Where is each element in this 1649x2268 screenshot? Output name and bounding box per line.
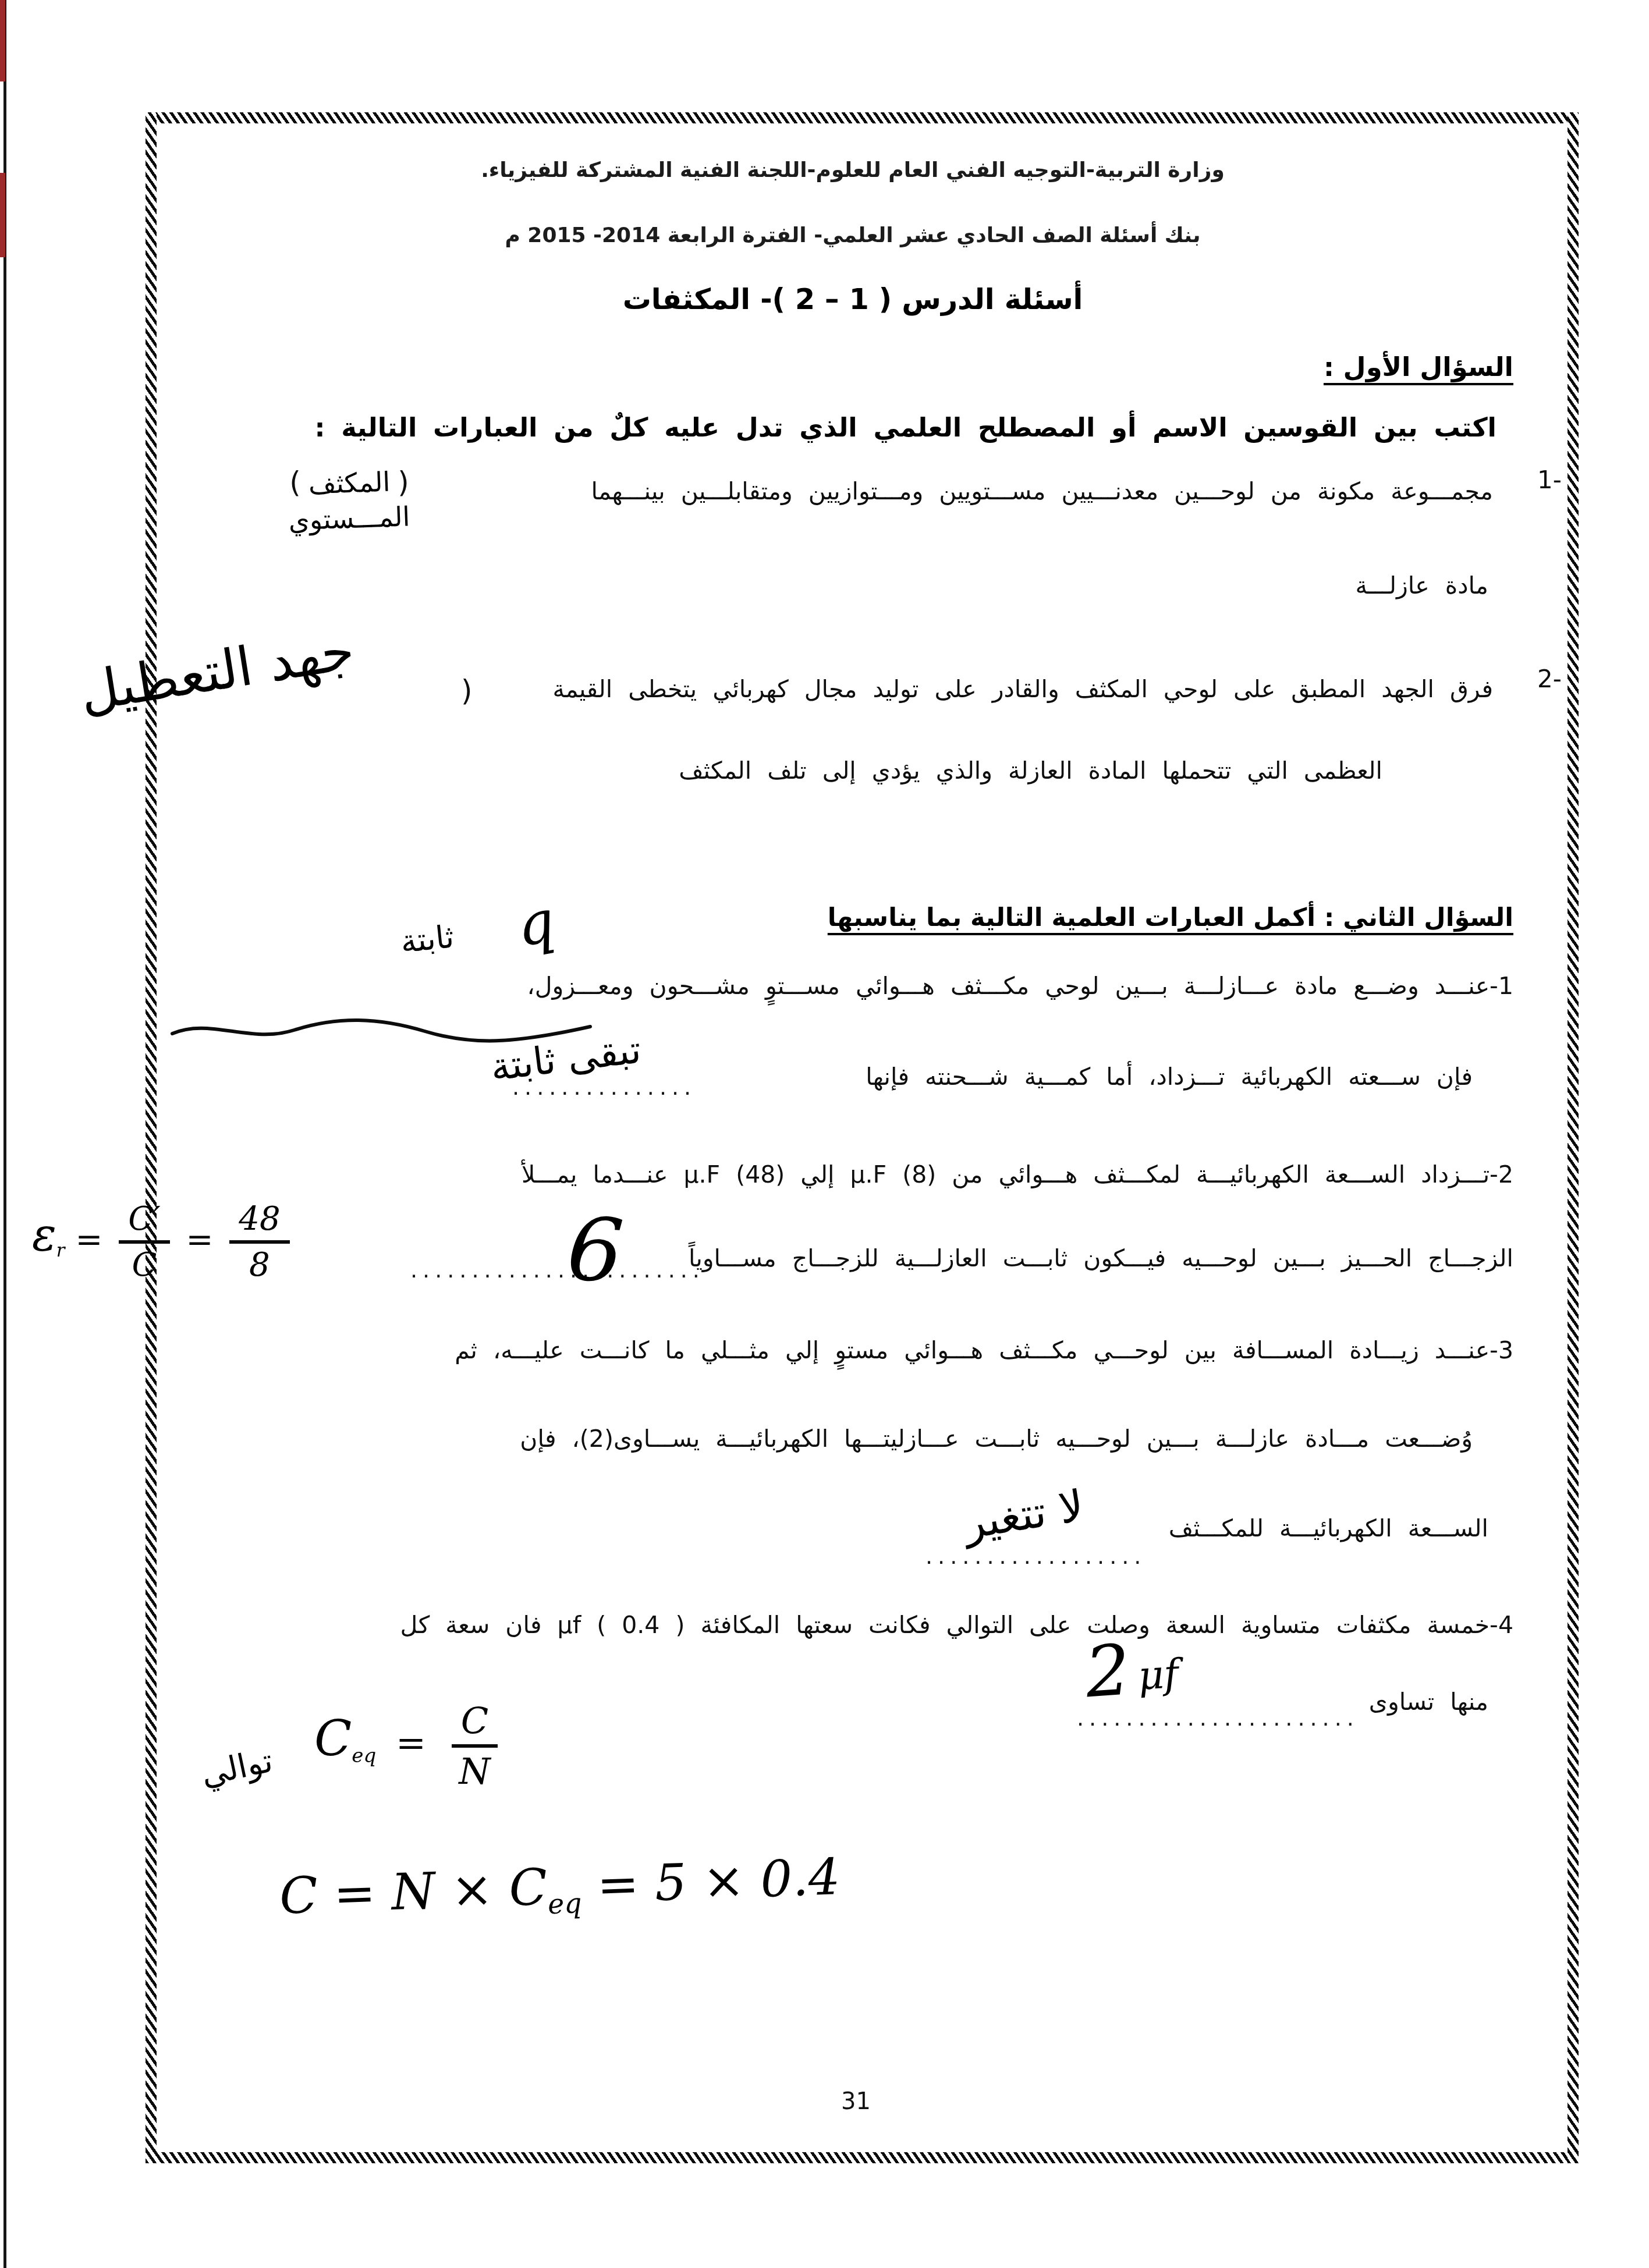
q1-item2-text2: العظمى التي تتحملها المادة العازلة والذي… <box>679 757 1382 785</box>
q2-item3-text2: وُضـــعت مـــادة عازلـــة بـــين لوحـــي… <box>520 1425 1473 1453</box>
open-paren: ( <box>398 466 409 499</box>
q1-item1-answer-word1: المكثف <box>308 466 391 501</box>
q1-item2-text1: فرق الجهد المطبق على لوحي المكثف والقادر… <box>552 675 1493 703</box>
epsilon-symbol: ε <box>32 1209 56 1262</box>
question2-heading: السؤال الثاني : أكمل العبارات العلمية ال… <box>828 903 1513 932</box>
scan-edge-red-mark-top <box>0 0 5 81</box>
series-formula-label: توالي <box>198 1742 276 1794</box>
q2-item2-text2: الزجـــاج الحـــيز بـــين لوحـــيه فيـــ… <box>689 1244 1513 1272</box>
q1-item2-number: -2 <box>1537 665 1562 693</box>
question1-instruction: اكتب بين القوسين الاسم أو المصطلح العلمي… <box>315 412 1497 443</box>
formula-subscript: eq <box>547 1887 582 1921</box>
border-frame-top <box>146 112 1579 123</box>
final-calculation-formula: C = N × Ceq = 5 × 0.4 <box>278 1848 841 1930</box>
q2-item2-dotted-line: ........................ <box>410 1257 705 1283</box>
equals-sign: = <box>186 1221 214 1259</box>
equals-sign: = <box>396 1722 426 1764</box>
header-line2: بنك أسئلة الصف الحادي عشر العلمي- الفترة… <box>466 223 1240 247</box>
q2-item4-handwritten-answer: 2 μf <box>1083 1627 1180 1714</box>
fraction-numerator: 48 <box>229 1200 289 1244</box>
margin-formula-dielectric-constant: εr = C′C = 488 <box>32 1200 296 1284</box>
border-frame-bottom <box>146 2152 1579 2163</box>
q2-margin-note-word: ثابتة <box>399 918 456 960</box>
border-frame-right <box>1568 112 1579 2163</box>
q2-item4-text1: 4-خمسة مكثفات متساوية السعة وصلت على الت… <box>400 1611 1513 1639</box>
q2-item2-handwritten-answer: 6 <box>564 1198 626 1303</box>
page-number: 31 <box>841 2088 871 2115</box>
q1-item1-answer-word2: المـــستوي <box>256 499 443 537</box>
question1-heading: السؤال الأول : <box>1324 352 1513 382</box>
q1-item2-handwritten-answer: جهد التعطيل <box>76 619 359 723</box>
q1-item2-open-paren: ( <box>461 674 473 708</box>
q2-margin-note-letter: q <box>511 886 559 960</box>
page-title: أسئلة الدرس ( 1 – 2 )- المكثفات <box>466 283 1240 316</box>
q2-item2-text1: 2-تـــزداد الســـعة الكهربائيـــة لمكـــ… <box>522 1160 1513 1188</box>
capacitance-symbol: C <box>314 1710 352 1767</box>
q1-item1-number: -1 <box>1537 466 1562 494</box>
q1-item1-text1: مجمـــوعة مكونة من لوحـــين معدنـــيين م… <box>591 477 1493 505</box>
q1-item1-answer: ( المكثف ) المـــستوي <box>256 466 442 534</box>
q2-item3-text1: 3-عنـــد زيـــادة المســـافة بين لوحـــي… <box>455 1336 1513 1364</box>
q2-item4-text2: منها تساوى <box>1369 1688 1488 1716</box>
formula-lhs: C = N × C <box>278 1858 548 1926</box>
q2-item3-handwritten-answer: لا تتغير <box>960 1481 1087 1549</box>
close-paren: ) <box>289 466 301 499</box>
fraction-denominator: C <box>119 1244 170 1284</box>
header-line1: وزارة التربية-التوجيه الفني العام للعلوم… <box>466 158 1240 182</box>
fraction-c-prime-over-c: C′C <box>119 1200 170 1284</box>
scan-edge-line <box>3 0 6 2268</box>
fraction-denominator: 8 <box>229 1244 289 1284</box>
fraction-48-over-8: 488 <box>229 1200 289 1284</box>
fraction-numerator: C <box>452 1699 498 1748</box>
equals-sign: = <box>75 1221 102 1259</box>
q2-item1-text1: 1-عنـــد وضـــع مادة عـــازلـــة بـــين … <box>527 972 1513 1000</box>
q2-item3-dotted-line: .................. <box>925 1543 1146 1569</box>
fraction-denominator: N <box>452 1748 498 1793</box>
q1-item1-text2: مادة عازلـــة <box>1356 572 1489 599</box>
fraction-c-over-n: CN <box>452 1699 498 1793</box>
capacitance-subscript: eq <box>352 1744 376 1767</box>
q2-item3-text3: الســـعة الكهربائيـــة للمكـــثف <box>1169 1514 1488 1542</box>
border-frame-left <box>146 112 157 2163</box>
formula-rhs: = 5 × 0.4 <box>580 1848 841 1915</box>
series-formula: Ceq = CN <box>314 1699 503 1793</box>
fraction-numerator: C′ <box>119 1200 170 1244</box>
answer-unit: μf <box>1136 1651 1180 1699</box>
answer-value: 2 <box>1083 1630 1133 1713</box>
q2-item1-text2: فإن ســـعته الكهربائية تـــزداد، أما كمـ… <box>866 1063 1473 1091</box>
scan-edge-red-mark-second <box>0 173 5 257</box>
epsilon-subscript: r <box>56 1240 65 1261</box>
scanned-exam-page: وزارة التربية-التوجيه الفني العام للعلوم… <box>0 0 1649 2268</box>
